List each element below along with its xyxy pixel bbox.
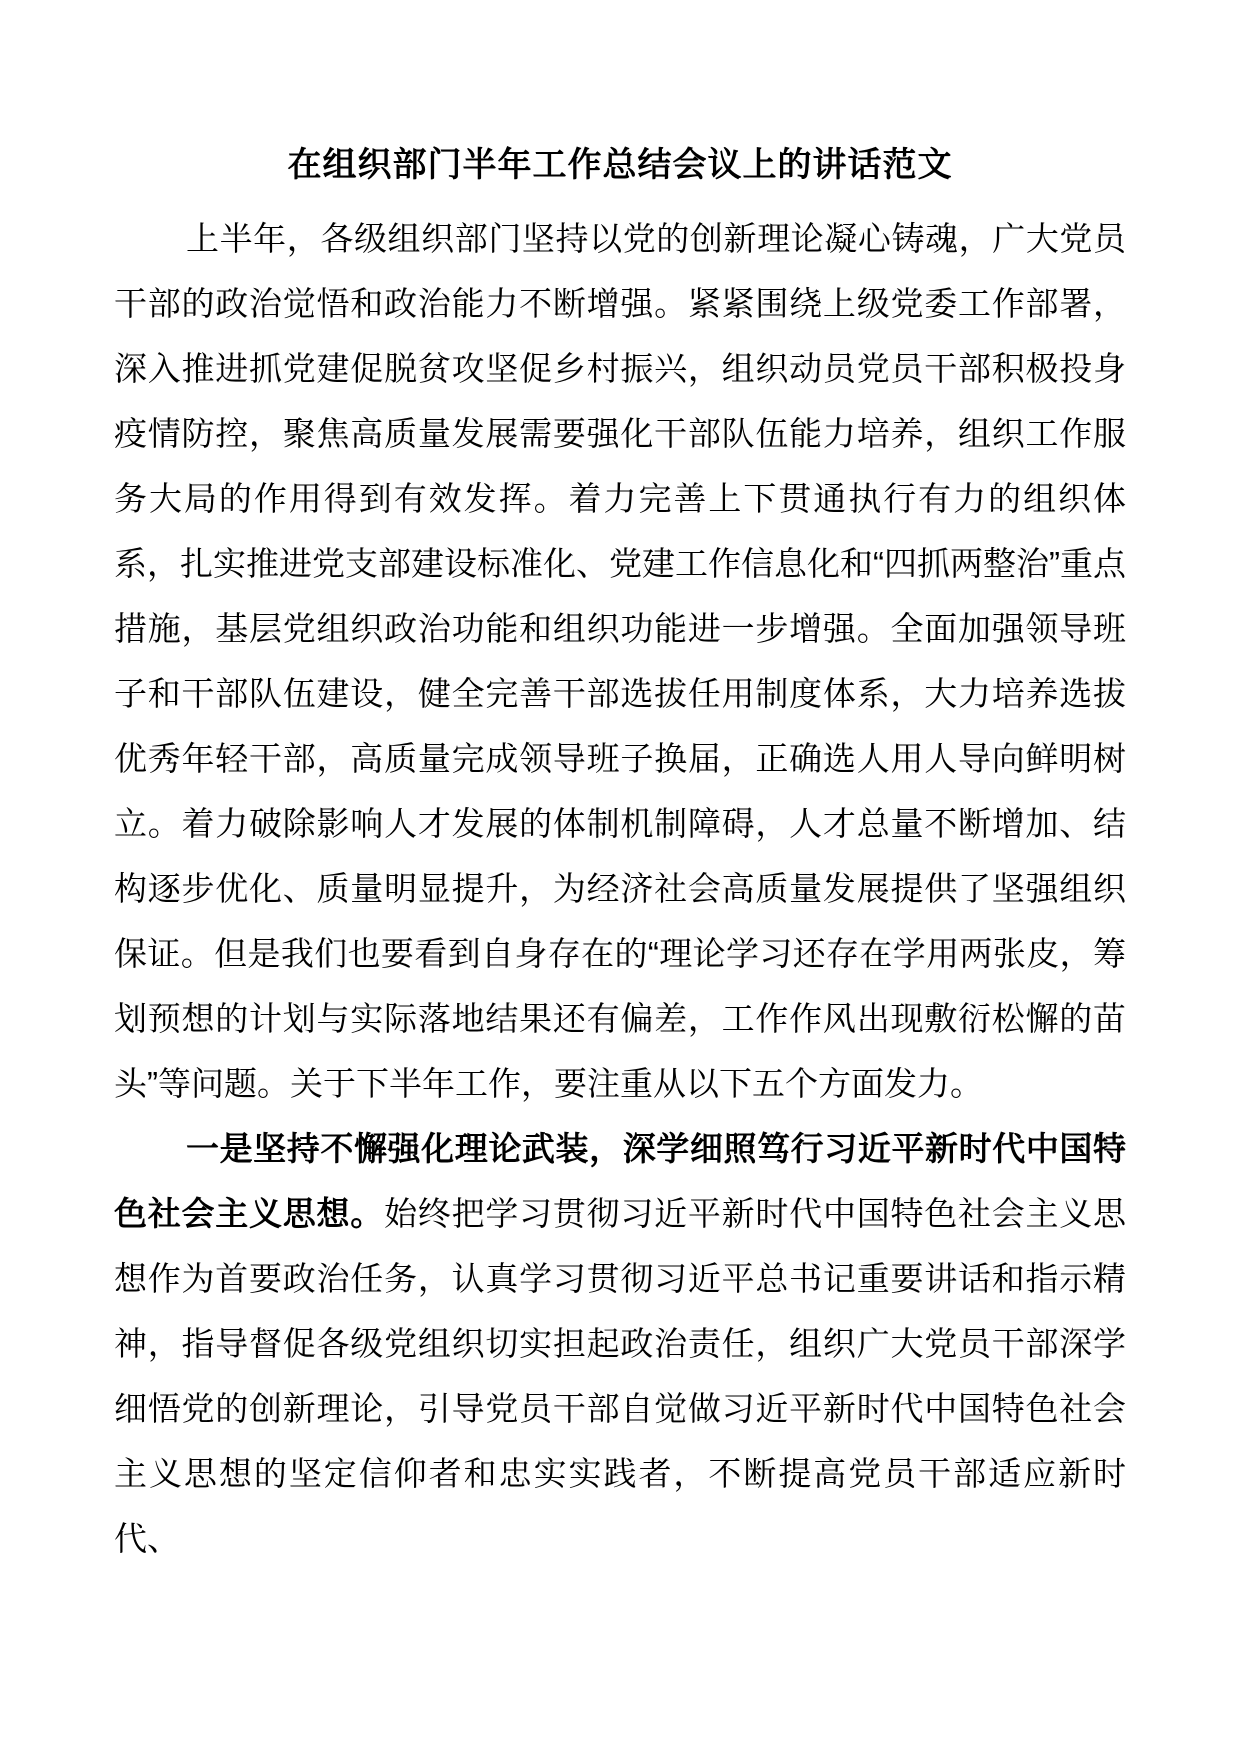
document-body: 上半年，各级组织部门坚持以党的创新理论凝心铸魂，广大党员干部的政治觉悟和政治能力…: [114, 206, 1126, 1571]
paragraph-summary-text: 上半年，各级组织部门坚持以党的创新理论凝心铸魂，广大党员干部的政治觉悟和政治能力…: [114, 220, 1126, 1102]
document-content: 在组织部门半年工作总结会议上的讲话范文 上半年，各级组织部门坚持以党的创新理论凝…: [0, 0, 1240, 1571]
paragraph-point-one-text: 始终把学习贯彻习近平新时代中国特色社会主义思想作为首要政治任务，认真学习贯彻习近…: [114, 1195, 1126, 1557]
document-page: 在组织部门半年工作总结会议上的讲话范文 上半年，各级组织部门坚持以党的创新理论凝…: [0, 0, 1240, 1754]
paragraph-point-one: 一是坚持不懈强化理论武装，深学细照笃行习近平新时代中国特色社会主义思想。始终把学…: [114, 1116, 1126, 1571]
paragraph-summary: 上半年，各级组织部门坚持以党的创新理论凝心铸魂，广大党员干部的政治觉悟和政治能力…: [114, 206, 1126, 1116]
document-title: 在组织部门半年工作总结会议上的讲话范文: [114, 0, 1126, 186]
